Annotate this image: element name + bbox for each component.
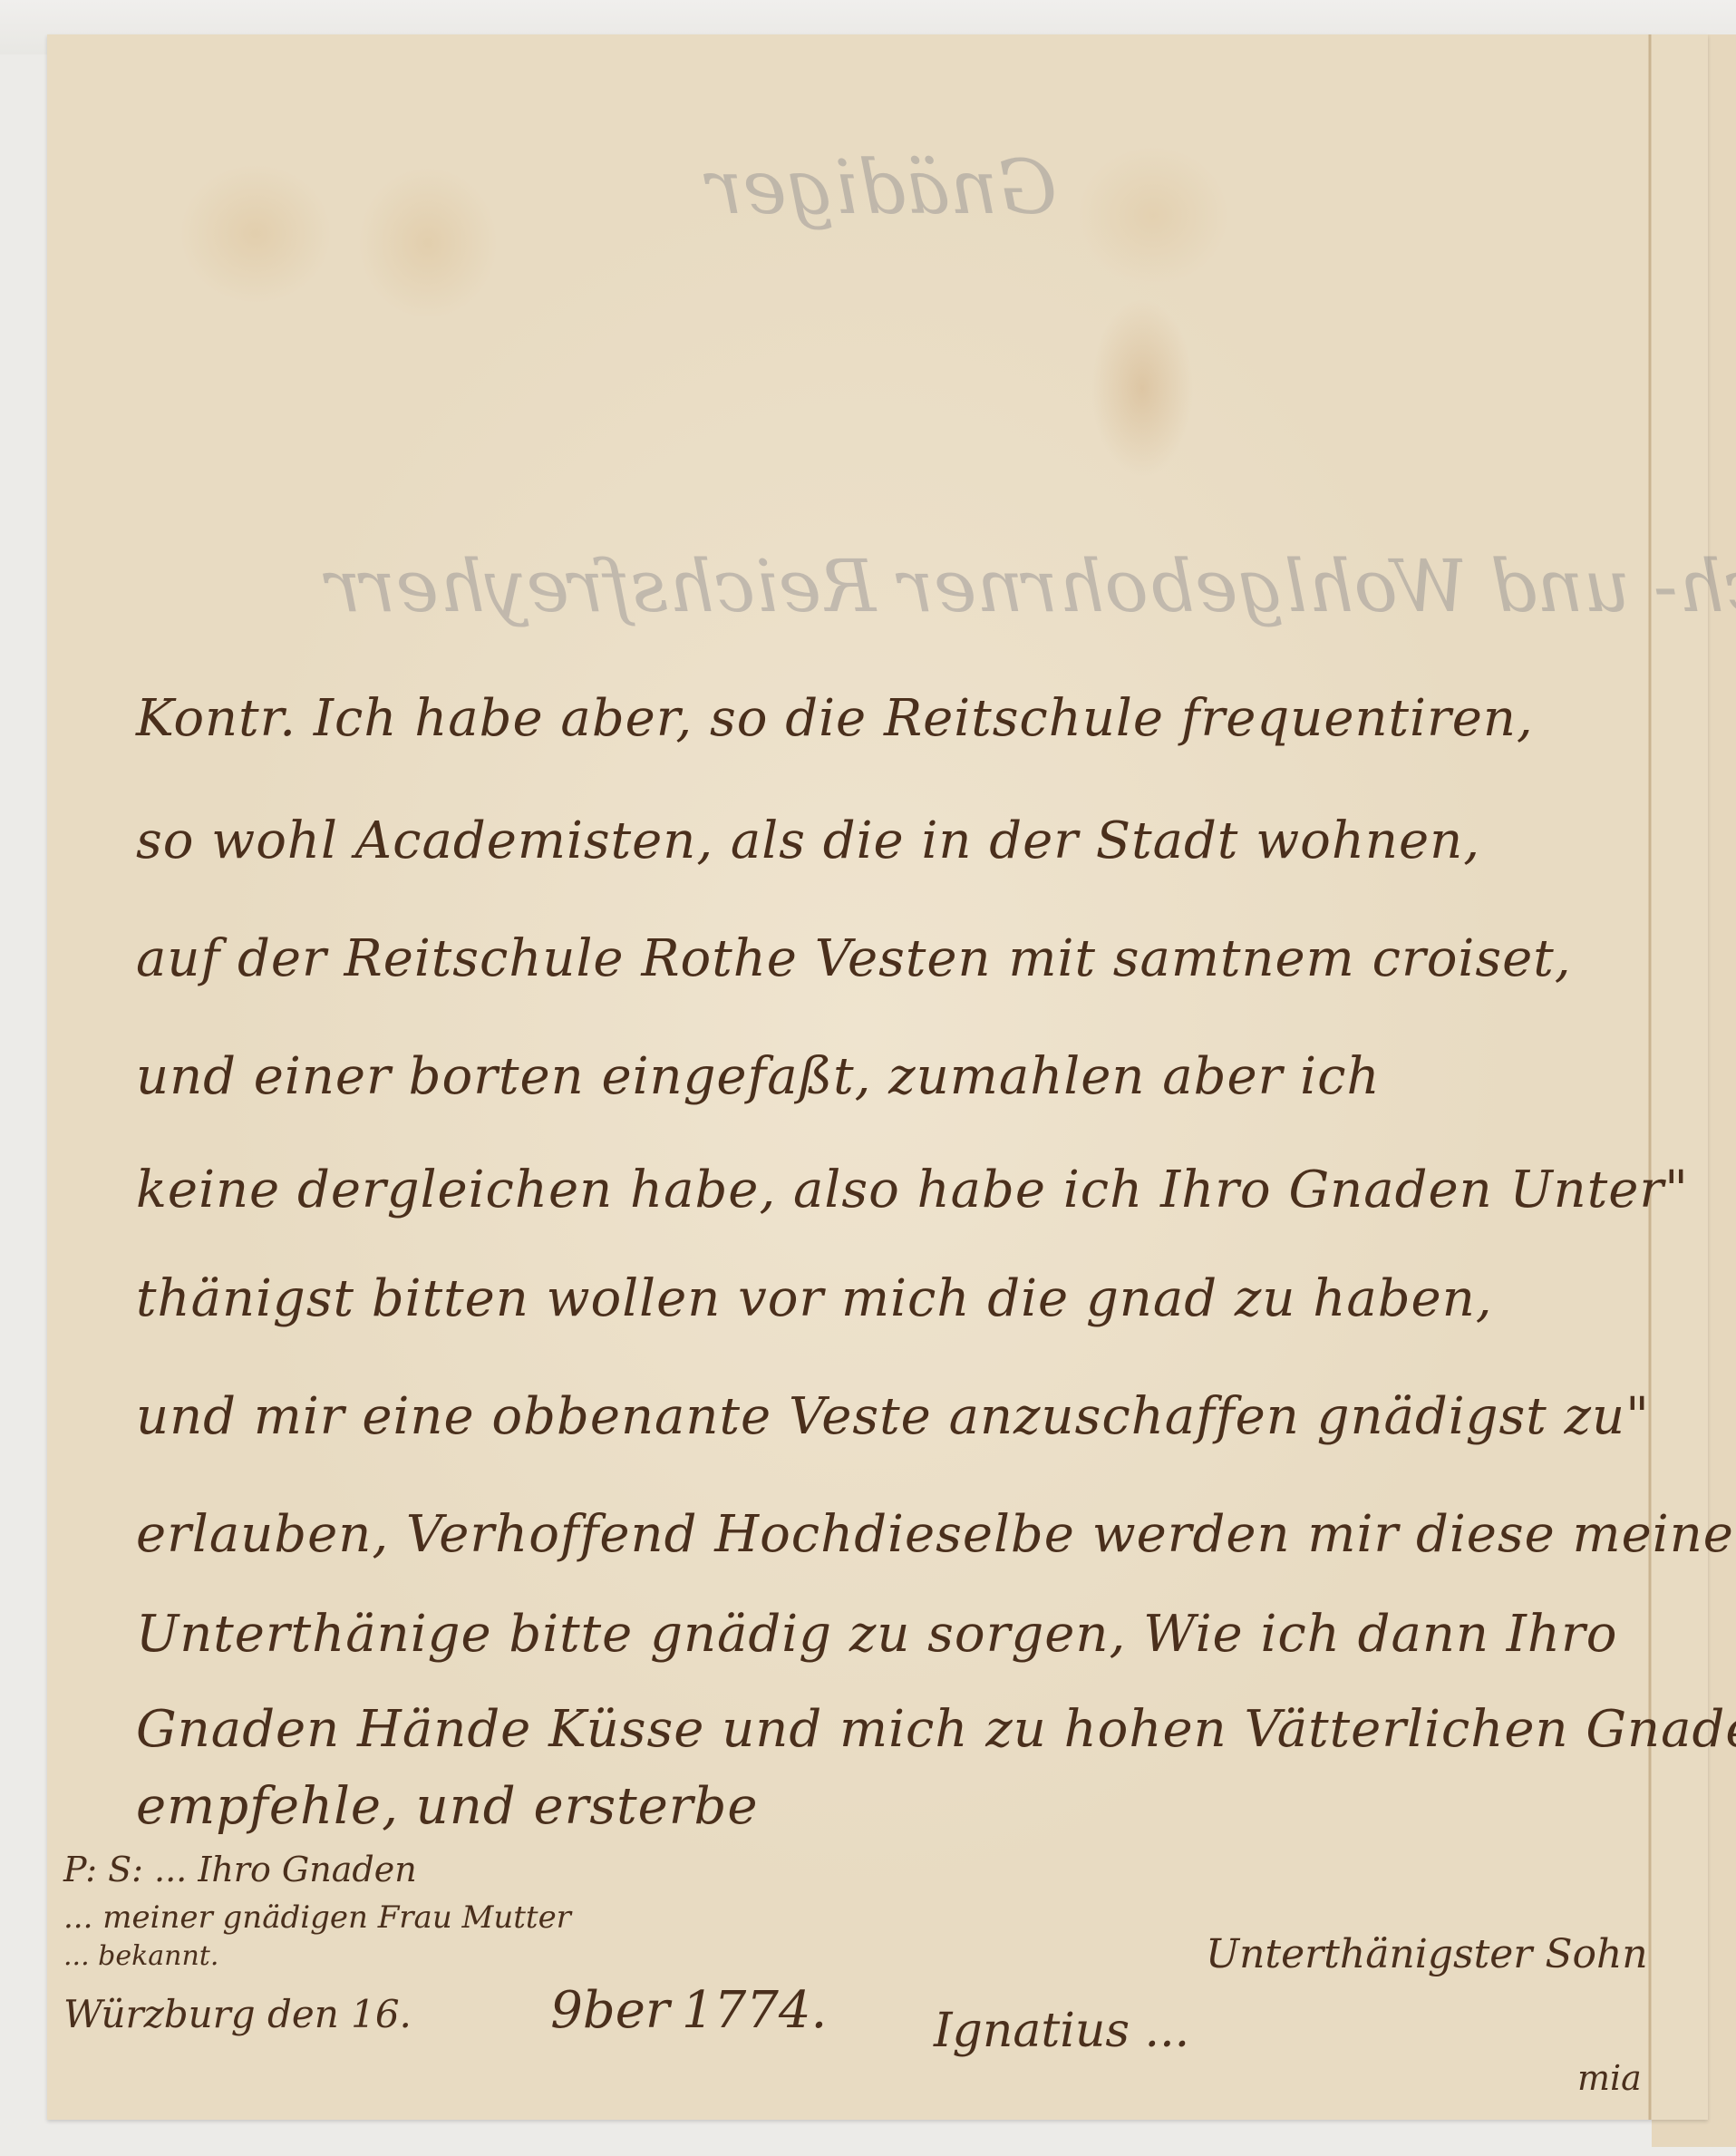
place-date: Würzburg den 16. 9ber 1774. bbox=[63, 1981, 827, 2040]
month: 9ber bbox=[550, 1981, 669, 2040]
body-line: empfehle, und ersterbe bbox=[136, 1777, 759, 1836]
body-line: erlauben, Verhoffend Hochdieselbe werden… bbox=[136, 1505, 1734, 1564]
body-line: und einer borten eingefaßt, zumahlen abe… bbox=[136, 1047, 1381, 1106]
signature-suffix: mia bbox=[1577, 2058, 1642, 2098]
page-fold bbox=[1648, 34, 1652, 2120]
body-line: so wohl Academisten, als die in der Stad… bbox=[136, 811, 1480, 870]
body-line: Gnaden Hände Küsse und mich zu hohen Vät… bbox=[136, 1700, 1736, 1759]
postscript-line: ... bekannt. bbox=[63, 1940, 218, 1972]
body-line: auf der Reitschule Rothe Vesten mit samt… bbox=[136, 929, 1572, 988]
bleed-through-address: Hoch- und Wohlgebohrner Reichsfreyherr bbox=[326, 544, 1736, 628]
signature-closing: Unterthänigster Sohn bbox=[1206, 1931, 1648, 1977]
body-line: thänigst bitten wollen vor mich die gnad… bbox=[136, 1269, 1493, 1328]
place: Würzburg den 16. bbox=[63, 1992, 412, 2036]
body-line: Unterthänige bitte gnädig zu sorgen, Wie… bbox=[136, 1605, 1617, 1664]
postscript-line: ... meiner gnädigen Frau Mutter bbox=[63, 1899, 571, 1936]
bleed-through-salutation: Gnädiger bbox=[707, 145, 1057, 231]
body-line: keine dergleichen habe, also habe ich Ih… bbox=[136, 1161, 1689, 1219]
year: 1774. bbox=[682, 1981, 827, 2040]
postscript-line: P: S: ... Ihro Gnaden bbox=[63, 1850, 417, 1889]
body-line: Kontr. Ich habe aber, so die Reitschule … bbox=[136, 689, 1534, 748]
signature-name: Ignatius ... bbox=[934, 2004, 1189, 2058]
body-line: und mir eine obbenante Veste anzuschaffe… bbox=[136, 1387, 1650, 1446]
